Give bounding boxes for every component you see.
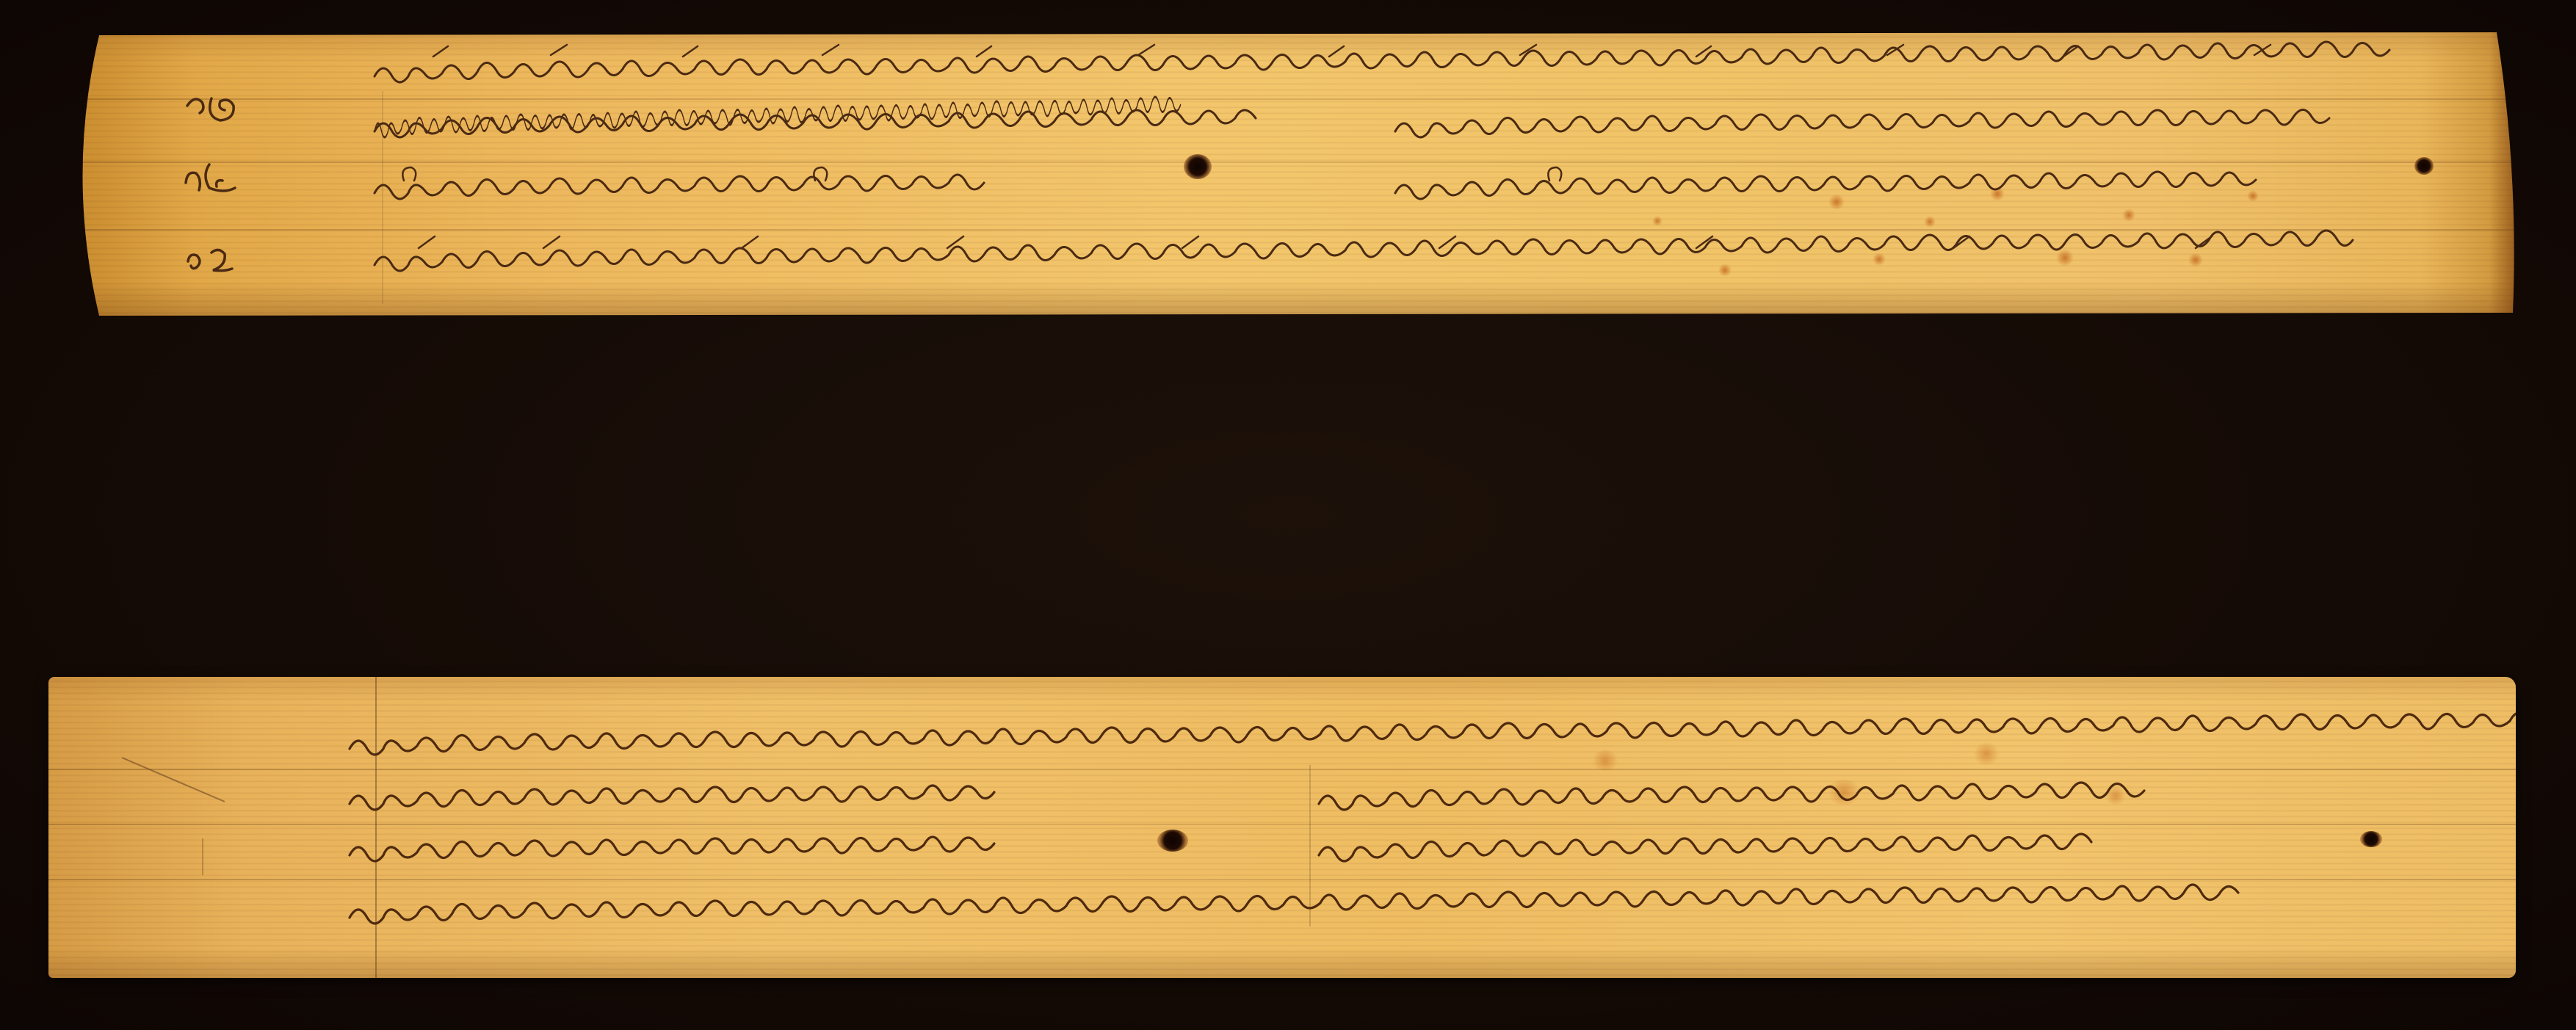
folio-numeral [184,239,242,283]
foxing-spot [1652,216,1663,226]
ruling-line [73,229,2519,231]
margin-scratch [107,750,328,868]
text-line-2 [350,776,2494,827]
text-line-2 [375,104,2489,156]
text-line-4 [375,232,2489,291]
top-palm-leaf [73,32,2519,316]
text-line-1 [375,43,2489,95]
ruling-line [73,162,2519,163]
foxing-spot [1924,216,1936,228]
folio-numeral [184,91,242,135]
folio-numeral [180,157,246,201]
text-line-3 [350,827,2494,879]
text-line-1 [350,721,2494,772]
ruling-line [48,879,2516,880]
text-line-4 [350,888,2494,947]
bottom-palm-leaf [48,677,2516,978]
ruling-line [73,98,2519,100]
text-line-3 [375,166,2489,217]
